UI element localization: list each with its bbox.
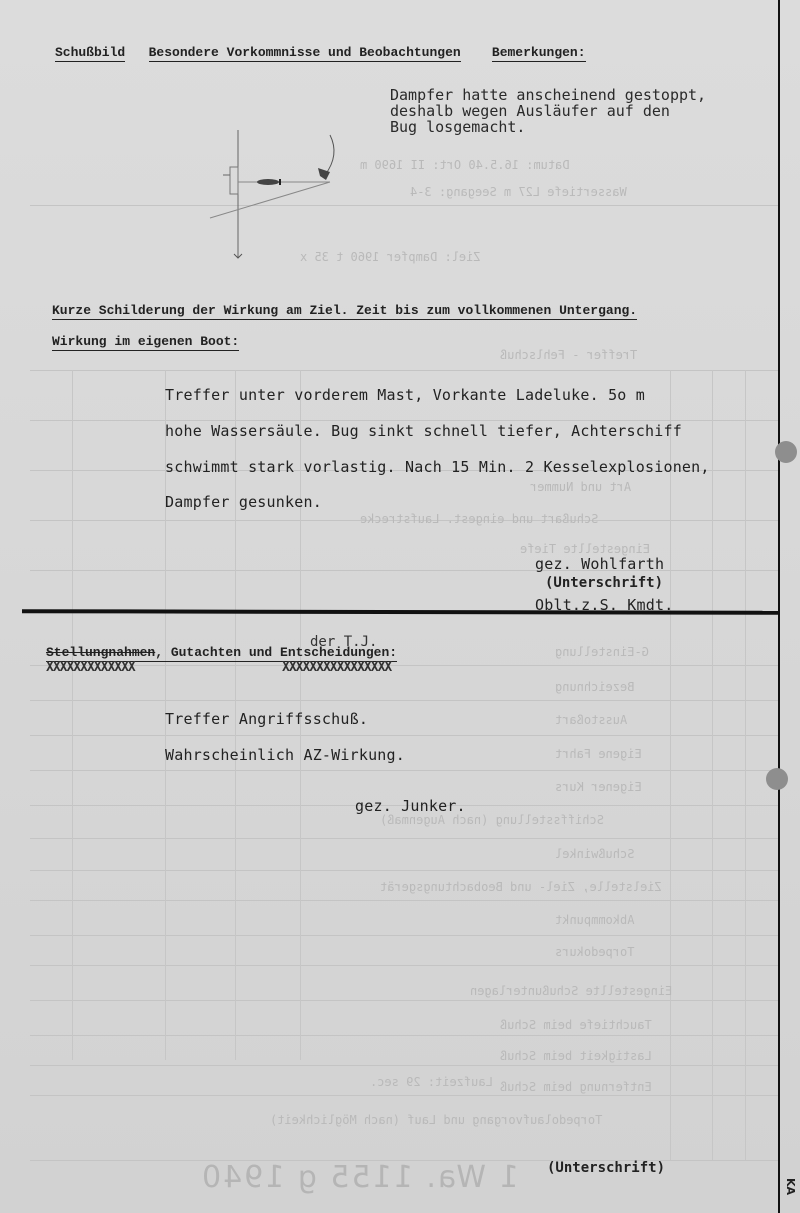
ghost-rule xyxy=(30,735,778,736)
ghost-text: Tauchtiefe beim Schuß xyxy=(500,1018,652,1032)
ghost-stamp: 1 Wa. 1155 g 1940 xyxy=(200,1160,519,1195)
ghost-column xyxy=(72,370,73,1060)
ghost-text: Eingestellte Tiefe xyxy=(520,542,650,556)
ghost-column xyxy=(712,370,713,1160)
wirkung-boot-header: Wirkung im eigenen Boot: xyxy=(52,334,239,349)
ghost-rule xyxy=(30,770,778,771)
ghost-text: Datum: 16.5.40 Ort: II 1690 m xyxy=(360,158,570,172)
ghost-column xyxy=(670,370,671,1160)
schussbild-header: Schußbild Besondere Vorkommnisse und Beo… xyxy=(55,45,586,60)
ghost-rule xyxy=(30,965,778,966)
ghost-rule xyxy=(30,1095,778,1096)
remark-line-1: Dampfer hatte anscheinend gestoppt, xyxy=(390,87,706,103)
ghost-rule xyxy=(30,570,778,571)
margin-rule xyxy=(778,0,780,1213)
effect-line-3: schwimmt stark vorlastig. Nach 15 Min. 2… xyxy=(165,458,710,476)
ghost-rule xyxy=(30,1065,778,1066)
ghost-text: Treffer - Fehlschuß xyxy=(500,348,637,362)
ghost-rule xyxy=(30,205,778,206)
effect-line-2: hohe Wassersäule. Bug sinkt schnell tief… xyxy=(165,422,682,440)
punch-hole xyxy=(775,441,797,463)
edge-mark: KA xyxy=(784,1178,797,1195)
schussbild-label: Schußbild xyxy=(55,45,125,62)
besondere-label: Besondere Vorkommnisse und Beobachtungen xyxy=(149,45,461,62)
ghost-text: Bezeichnung xyxy=(555,680,634,694)
assessment-line-1: Treffer Angriffsschuß. xyxy=(165,710,368,728)
ghost-rule xyxy=(30,370,778,371)
insert-der-tj: der T.J. xyxy=(310,634,377,650)
ghost-rule xyxy=(30,1000,778,1001)
ghost-text: Schußart und eingest. Laufstrecke xyxy=(360,512,598,526)
signature-label-2: (Unterschrift) xyxy=(547,1160,665,1176)
document-page: Datum: 16.5.40 Ort: II 1690 m Wassertief… xyxy=(0,0,800,1213)
ghost-text: Torpedolaufvorgang und Lauf (nach Möglic… xyxy=(270,1113,602,1127)
ghost-text: Eigene Fahrt xyxy=(555,747,642,761)
ghost-text: Laufzeit: 29 sec. xyxy=(370,1075,493,1089)
ghost-rule xyxy=(30,838,778,839)
ghost-text: Zielstelle, Ziel- und Beobachtungsgerät xyxy=(380,880,662,894)
ghost-rule xyxy=(30,665,778,666)
assessment-line-2: Wahrscheinlich AZ-Wirkung. xyxy=(165,746,405,764)
ghost-rule xyxy=(30,900,778,901)
ghost-rule xyxy=(30,700,778,701)
effect-line-1: Treffer unter vorderem Mast, Vorkante La… xyxy=(165,386,645,404)
ghost-text: Schiffsstellung (nach Augenmaß) xyxy=(380,813,604,827)
ghost-text: Abkommpunkt xyxy=(555,913,634,927)
ghost-rule xyxy=(30,935,778,936)
ghost-text: Torpedokurs xyxy=(555,945,634,959)
remark-line-3: Bug losgemacht. xyxy=(390,119,525,135)
signed-junker: gez. Junker. xyxy=(355,797,466,815)
kurze-schilderung-header: Kurze Schilderung der Wirkung am Ziel. Z… xyxy=(52,303,637,318)
ghost-text: G-Einstellung xyxy=(555,645,649,659)
ghost-text: Lastigkeit beim Schuß xyxy=(500,1049,652,1063)
section-divider xyxy=(22,609,778,615)
ghost-text: Ausstoßart xyxy=(555,713,627,727)
signature-label-1: (Unterschrift) xyxy=(545,575,663,591)
wirkung-boot-label: Wirkung im eigenen Boot: xyxy=(52,334,239,351)
signed-wohlfarth: gez. Wohlfarth xyxy=(535,555,664,573)
bemerkungen-label: Bemerkungen: xyxy=(492,45,586,62)
ghost-rule xyxy=(30,420,778,421)
ghost-column xyxy=(745,370,746,1160)
effect-line-4: Dampfer gesunken. xyxy=(165,493,322,511)
ghost-text: Wassertiefe L27 m Seegang: 3-4 xyxy=(410,185,627,199)
ghost-text: Entfernung beim Schuß xyxy=(500,1080,652,1094)
x-mask-1: XXXXXXXXXXXXX xyxy=(46,660,135,675)
ghost-text: Art und Nummer xyxy=(530,480,631,494)
ghost-text: Eingestellte Schußunterlagen xyxy=(470,984,672,998)
ghost-text: Schußwinkel xyxy=(555,847,634,861)
ghost-text: Eigener Kurs xyxy=(555,780,642,794)
kurze-schilderung-label: Kurze Schilderung der Wirkung am Ziel. Z… xyxy=(52,303,637,320)
punch-hole xyxy=(766,768,788,790)
ghost-rule xyxy=(30,1035,778,1036)
x-mask-2: XXXXXXXXXXXXXXXX xyxy=(282,660,391,675)
shot-diagram-icon xyxy=(190,130,350,260)
remark-line-2: deshalb wegen Ausläufer auf den xyxy=(390,103,670,119)
ghost-rule xyxy=(30,870,778,871)
